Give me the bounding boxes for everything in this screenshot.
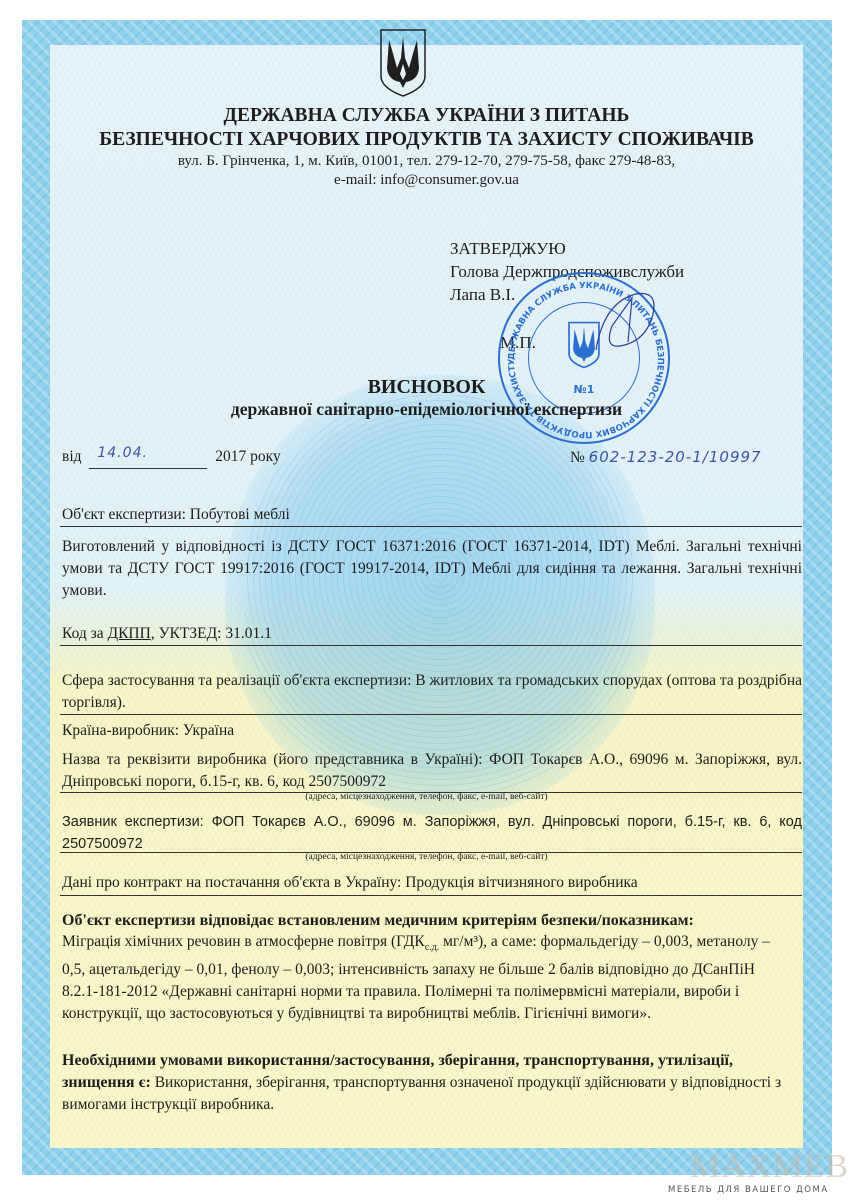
- org-name-line-1: ДЕРЖАВНА СЛУЖБА УКРАЇНИ З ПИТАНЬ: [50, 105, 803, 127]
- code-prefix: Код за: [62, 625, 108, 642]
- date-suffix: 2017 року: [215, 448, 280, 465]
- approve-label: ЗАТВЕРДЖУЮ: [450, 238, 566, 260]
- org-name-line-2: БЕЗПЕЧНОСТІ ХАРЧОВИХ ПРОДУКТІВ ТА ЗАХИСТ…: [50, 129, 803, 151]
- date-line: від 14.04. 2017 року: [62, 446, 281, 469]
- number-prefix: №: [570, 449, 585, 466]
- document-subtitle: державної санітарно-епідеміологічної екс…: [50, 399, 803, 420]
- date-prefix: від: [62, 448, 82, 465]
- field-code: Код за ДКПП, УКТЗЕД: 31.01.1: [62, 623, 802, 645]
- applicant-caption: (адреса, місцезнаходження, телефон, факс…: [50, 852, 803, 862]
- safety-heading: Об'єкт експертизи відповідає встановлени…: [62, 910, 802, 932]
- field-manufactured: Виготовлений у відповідності із ДСТУ ГОС…: [62, 536, 802, 602]
- signature-scribble: [588, 286, 668, 366]
- divider: [60, 645, 802, 646]
- document-number: № 602-123-20-1/10997: [570, 446, 762, 469]
- manufacturer-caption: (адреса, місцезнаходження, телефон, факс…: [50, 792, 803, 802]
- field-object: Об'єкт експертизи: Побутові меблі: [62, 504, 802, 526]
- code-suffix: , УКТЗЕД: 31.01.1: [151, 625, 272, 642]
- org-email: e-mail: info@consumer.gov.ua: [50, 172, 803, 189]
- safety-subscript: с.д.: [425, 942, 440, 953]
- divider: [60, 714, 802, 715]
- watermark-tagline: МЕБЕЛЬ ДЛЯ ВАШЕГО ДОМА: [668, 1185, 829, 1195]
- field-applicant: Заявник експертизи: ФОП Токарєв А.О., 69…: [62, 811, 802, 855]
- field-contract: Дані про контракт на постачання об'єкта …: [62, 872, 802, 894]
- date-handwritten: 14.04.: [97, 442, 148, 464]
- watermark-brand: MAXMEBEL: [690, 1148, 849, 1186]
- conditions-text: Використання, зберігання, транспортуванн…: [62, 1074, 781, 1113]
- number-handwritten: 602-123-20-1/10997: [589, 448, 762, 466]
- date-field: 14.04.: [89, 446, 207, 469]
- divider: [60, 526, 802, 527]
- dkpp-link[interactable]: ДКПП: [108, 625, 151, 642]
- safety-text: Міграція хімічних речовин в атмосферне п…: [62, 931, 782, 1025]
- conditions-block: Необхідними умовами використання/застосу…: [62, 1050, 807, 1116]
- trident-coat-of-arms-icon: [378, 28, 428, 98]
- org-address: вул. Б. Грінченка, 1, м. Київ, 01001, те…: [50, 153, 803, 170]
- field-scope: Сфера застосування та реалізації об'єкта…: [62, 670, 802, 714]
- field-country: Країна-виробник: Україна: [62, 720, 802, 742]
- safety-text-part1: Міграція хімічних речовин в атмосферне п…: [62, 933, 425, 950]
- document-title: ВИСНОВОК: [50, 376, 803, 399]
- field-manufacturer: Назва та реквізити виробника (його предс…: [62, 749, 802, 793]
- divider: [60, 895, 802, 896]
